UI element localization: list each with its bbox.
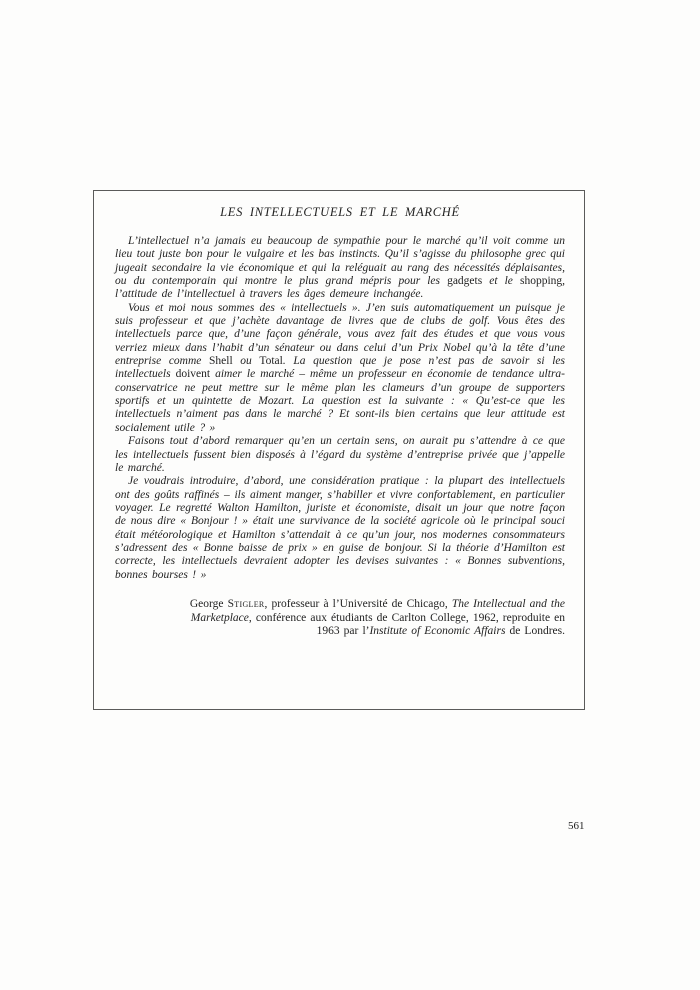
credit-paragraph: George Stigler, professeur à l’Universit… [167, 598, 565, 639]
text-segment: , professeur à l’Université de Chicago, [265, 598, 452, 610]
text-segment: de Londres. [505, 625, 565, 637]
page-number: 561 [568, 820, 585, 832]
emphasis-roman: gadgets [447, 275, 482, 287]
text-segment: Faisons tout d’abord remarquer qu’en un … [115, 435, 565, 474]
article-title: LES INTELLECTUELS ET LE MARCHÉ [115, 205, 565, 220]
emphasis-roman: shopping [520, 275, 562, 287]
emphasis-roman: doivent [176, 368, 211, 380]
author-name-smallcaps: Stigler [228, 598, 265, 610]
paragraph-3: Faisons tout d’abord remarquer qu’en un … [115, 435, 565, 475]
emphasis-roman: Total [259, 355, 282, 367]
text-segment: ou [233, 355, 260, 367]
paragraph-1: L’intellectuel n’a jamais eu beaucoup de… [115, 235, 565, 302]
emphasis-roman: Shell [209, 355, 233, 367]
text-segment: George [190, 598, 228, 610]
paragraph-4: Je voudrais introduire, d’abord, une con… [115, 475, 565, 582]
text-segment: et le [482, 275, 520, 287]
document-page: LES INTELLECTUELS ET LE MARCHÉ L’intelle… [0, 0, 700, 990]
publisher-italic: Institute of Economic Affairs [369, 625, 505, 637]
text-box: LES INTELLECTUELS ET LE MARCHÉ L’intelle… [93, 190, 585, 710]
text-segment: Je voudrais introduire, d’abord, une con… [115, 475, 565, 580]
paragraph-2: Vous et moi nous sommes des « intellectu… [115, 302, 565, 435]
